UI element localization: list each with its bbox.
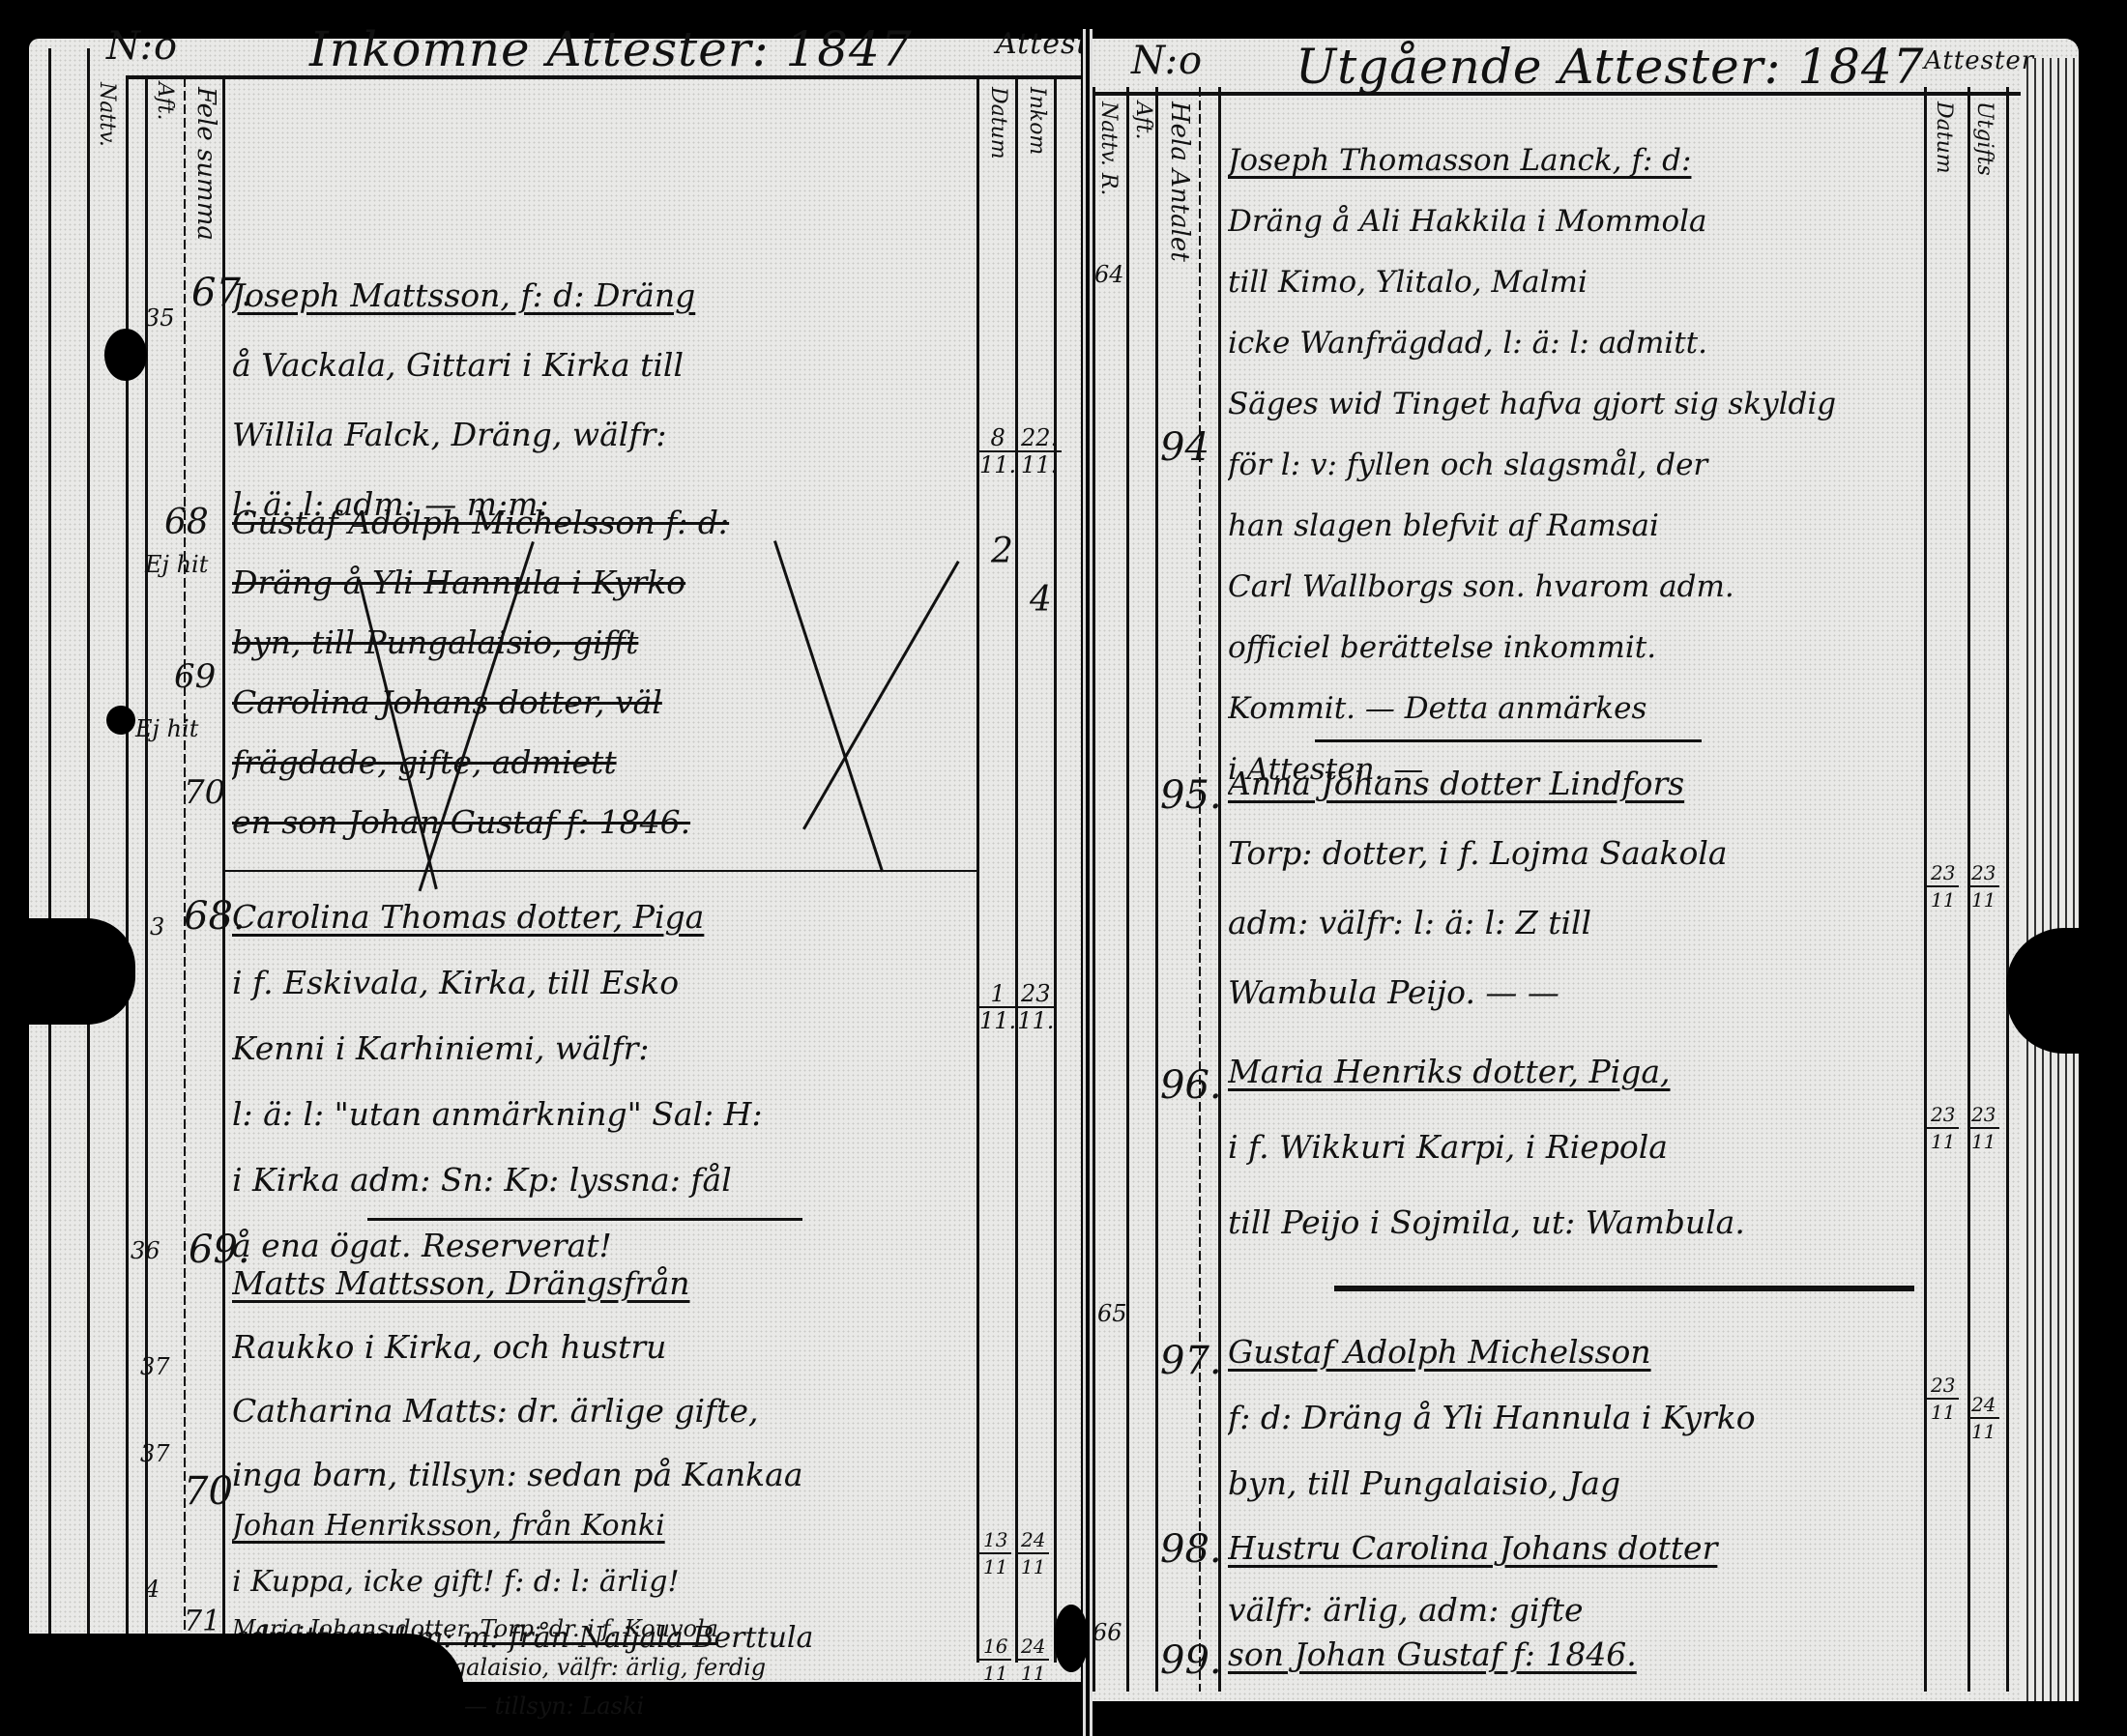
- column-rule: [184, 77, 186, 1663]
- date-received: 23 11: [1927, 1102, 1959, 1154]
- column-header: Utgifts: [1972, 101, 1996, 176]
- column-rule: [1155, 87, 1158, 1692]
- margin-note: 70: [184, 773, 225, 812]
- entry-line: Johan Henriksson, från Konki: [232, 1498, 967, 1554]
- margin-note: Ej hit: [135, 715, 198, 742]
- column-header: Aft.: [1131, 101, 1155, 139]
- separator-rule: [1334, 1286, 1914, 1291]
- entry-line: Joseph Mattsson, f: d: Dräng: [232, 261, 967, 331]
- separator-rule: [222, 870, 976, 872]
- entry-line: Säges wid Tinget hafva gjort sig skyldig: [1228, 374, 1914, 435]
- right-page: N:o Utgående Attester: 1847 Attester Nat…: [1093, 39, 2079, 1701]
- column-header: Aft.: [153, 82, 177, 120]
- entry-number: 95.: [1160, 773, 1222, 818]
- entry-line: han slagen blefvit af Ramsai: [1228, 496, 1914, 557]
- ink-blot: [1054, 1605, 1089, 1672]
- entry-number: 70: [184, 1469, 233, 1514]
- margin-note: 37: [140, 1440, 170, 1467]
- column-header: Inkom: [1025, 87, 1049, 155]
- column-header: Nattv. R.: [1096, 101, 1121, 195]
- entry-line: Torp: dotter, i f. Lojma Saakola: [1228, 819, 1914, 888]
- corner-heading: Attest: [996, 27, 1089, 61]
- column-header: Datum: [1932, 101, 1956, 174]
- register-entry: Matts Mattsson, Drängsfrån Raukko i Kirk…: [232, 1252, 967, 1507]
- header-no: N:o: [1131, 39, 1203, 83]
- column-rule: [126, 77, 129, 1663]
- column-header: Hela Antalet: [1165, 101, 1194, 262]
- date-issued: 23 11: [1967, 1102, 1999, 1154]
- page-edge-line: [48, 48, 51, 1672]
- column-rule: [2006, 87, 2009, 1692]
- margin-note: Ej hit: [145, 551, 208, 578]
- struck-date: 2: [991, 532, 1013, 571]
- entry-line: i f. Eskivala, Kirka, till Esko: [232, 950, 967, 1016]
- entry-line: byn, till Pungalaisio, gifft: [232, 613, 967, 673]
- entry-line: å Vackala, Gittari i Kirka till: [232, 331, 967, 400]
- ink-blot: [106, 706, 135, 735]
- entry-line: frägdade, gifte, admiett: [232, 733, 967, 793]
- entry-number: 96.: [1160, 1063, 1222, 1108]
- entry-line: Wambula Peijo. — —: [1228, 958, 1914, 1027]
- entry-line: till Peijo i Sojmila, ut: Wambula.: [1228, 1185, 1914, 1260]
- date-issued: 24 11: [1017, 1634, 1049, 1686]
- entry-line: Dräng å Yli Hannula i Kyrko: [232, 553, 967, 613]
- column-rule: [1093, 87, 1095, 1692]
- entry-line: Carolina Johans dotter, väl: [232, 673, 967, 733]
- register-entry: Joseph Thomasson Lanck, f: d: Dräng å Al…: [1228, 130, 1914, 800]
- column-header: Fele summa: [191, 87, 220, 241]
- entry-line: Gustaf Adolph Michelsson f: d:: [232, 493, 967, 553]
- entry-line: Kommit. — Detta anmärkes: [1228, 679, 1914, 739]
- entry-number: 97.: [1160, 1339, 1222, 1383]
- entry-number: 94: [1160, 425, 1209, 470]
- column-header: Nattv.: [95, 82, 119, 147]
- date-received: 13 11: [979, 1527, 1011, 1579]
- entry-line: i f. Wikkuri Karpi, i Riepola: [1228, 1110, 1914, 1185]
- corner-heading: Attester: [1924, 46, 2034, 75]
- margin-note: 4: [145, 1576, 160, 1603]
- entry-line: l: ä: l: "utan anmärkning" Sal: H:: [232, 1082, 967, 1147]
- entry-number: 98.: [1160, 1527, 1222, 1572]
- entry-line: f: d: Dräng å Yli Hannula i Kyrko: [1228, 1385, 1914, 1451]
- page-damage-bottom-left: [0, 1634, 464, 1736]
- margin-note: 37: [140, 1353, 170, 1380]
- separator-rule: [1315, 739, 1702, 742]
- date-issued: 23 11.: [1017, 981, 1055, 1033]
- entry-line: Gustaf Adolph Michelsson: [1228, 1319, 1914, 1385]
- page-title: Inkomne Attester: 1847: [309, 21, 913, 77]
- date-received: 16 11: [979, 1634, 1011, 1686]
- date-issued: 24 11: [1017, 1527, 1049, 1579]
- entry-line: Willila Falck, Dräng, wälfr:: [232, 400, 967, 470]
- entry-line: Dräng å Ali Hakkila i Mommola: [1228, 191, 1914, 252]
- margin-note: 35: [145, 304, 175, 332]
- page-title: Utgående Attester: 1847: [1296, 39, 1925, 95]
- entry-line: i Kuppa, icke gift! f: d: l: ärlig!: [232, 1554, 967, 1610]
- separator-rule: [367, 1218, 802, 1221]
- column-header: Datum: [986, 87, 1010, 159]
- date-received: 1 11.: [979, 981, 1016, 1033]
- entry-line: Catharina Matts: dr. ärlige gifte,: [232, 1379, 967, 1443]
- page-edge-line: [87, 48, 90, 1672]
- entry-line: son Johan Gustaf f: 1846.: [1228, 1624, 1914, 1686]
- ink-blot: [104, 329, 147, 381]
- margin-note: 65: [1097, 1300, 1127, 1327]
- column-rule: [1054, 77, 1057, 1663]
- date-received: 23 11: [1927, 860, 1959, 912]
- margin-note: 66: [1093, 1619, 1122, 1646]
- register-entry: Maria Henriks dotter, Piga, i f. Wikkuri…: [1228, 1034, 1914, 1260]
- column-rule: [1199, 87, 1201, 1692]
- entry-line: en son Johan Gustaf f: 1846.: [232, 793, 967, 853]
- column-rule: [1126, 87, 1129, 1692]
- date-issued: 24 11: [1967, 1392, 1999, 1444]
- entry-line: Carl Wallborgs son. hvarom adm.: [1228, 557, 1914, 618]
- header-no: N:o: [106, 24, 178, 69]
- date-issued: 23 11: [1967, 860, 1999, 912]
- entry-line: adm: välfr: l: ä: l: Z till: [1228, 888, 1914, 958]
- entry-line: officiel berättelse inkommit.: [1228, 618, 1914, 679]
- entry-line: Matts Mattsson, Drängsfrån: [232, 1252, 967, 1316]
- date-received: 8 11.: [979, 425, 1016, 477]
- date-received: 23 11: [1927, 1373, 1959, 1425]
- entry-line: Carolina Thomas dotter, Piga: [232, 884, 967, 950]
- entry-line: Joseph Thomasson Lanck, f: d:: [1228, 130, 1914, 191]
- margin-note: 68: [164, 503, 209, 542]
- struck-date: 4: [1030, 580, 1052, 620]
- column-rule: [1015, 77, 1018, 1663]
- entry-line: till Kimo, Ylitalo, Malmi: [1228, 252, 1914, 313]
- page-clip-right: [2006, 928, 2127, 1054]
- margin-note: 69: [174, 657, 216, 696]
- margin-note: 36: [131, 1237, 160, 1264]
- entry-line: Kenni i Karhiniemi, wälfr:: [232, 1016, 967, 1082]
- column-rule: [976, 77, 979, 1663]
- column-rule: [1218, 87, 1221, 1692]
- entry-line: byn, till Pungalaisio, Jag: [1228, 1451, 1914, 1517]
- margin-note: 3: [150, 913, 164, 940]
- date-issued: 22. 11.: [1017, 425, 1062, 477]
- register-entry: Gustaf Adolph Michelsson f: d: Dräng å Y…: [1228, 1319, 1914, 1517]
- left-page: N:o Inkomne Attester: 1847 Attest Nattv.…: [29, 39, 1083, 1682]
- margin-note: 64: [1094, 261, 1124, 288]
- register-entry: Anna Johans dotter Lindfors Torp: dotter…: [1228, 749, 1914, 1027]
- register-entry: Hustru Carolina Johans dotter välfr: ärl…: [1228, 1518, 1914, 1641]
- entry-line: Maria Henriks dotter, Piga,: [1228, 1034, 1914, 1110]
- entry-number: 99.: [1160, 1638, 1222, 1683]
- entry-line: Raukko i Kirka, och hustru: [232, 1316, 967, 1379]
- entry-line: för l: v: fyllen och slagsmål, der: [1228, 435, 1914, 496]
- entry-line: Anna Johans dotter Lindfors: [1228, 749, 1914, 819]
- register-entry: son Johan Gustaf f: 1846.: [1228, 1624, 1914, 1686]
- page-clip-left: [0, 918, 135, 1025]
- entry-line: i Kirka adm: Sn: Kp: lyssna: fål: [232, 1147, 967, 1213]
- entry-line: Hustru Carolina Johans dotter: [1228, 1518, 1914, 1579]
- entry-line: icke Wanfrägdad, l: ä: l: admitt.: [1228, 313, 1914, 374]
- page-stack-edges: [2021, 58, 2079, 1701]
